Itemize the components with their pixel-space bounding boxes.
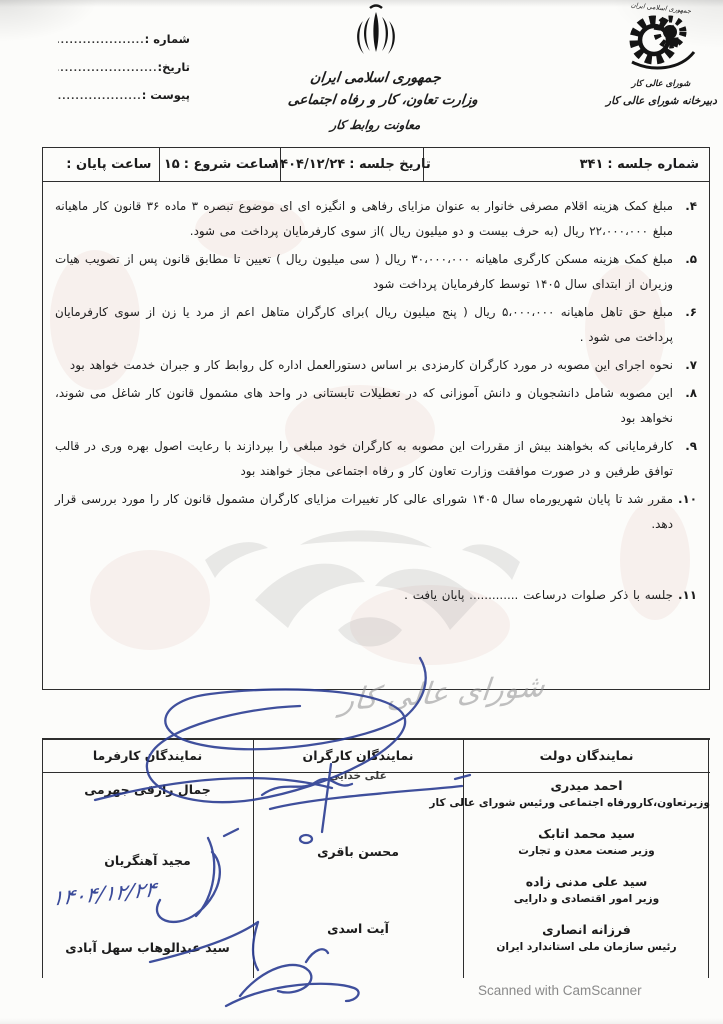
item-number: ۹.: [673, 434, 697, 484]
gov-member-name: احمد میدری: [463, 778, 710, 793]
ref-date-row: تاریخ: ........................: [58, 60, 190, 74]
employers-reps-column: جمال رازقی جهرمی مجید آهنگریان سید عبدال…: [42, 776, 253, 955]
gov-member-name: فرزانه انصاری: [463, 922, 710, 937]
country-title: جمهوری اسلامی ایران: [287, 70, 464, 86]
worker-member-2: محسن باقری: [253, 844, 463, 859]
session-number-label: شماره جلسه :: [607, 157, 699, 172]
ref-date-dotted-line: ........................: [58, 64, 158, 74]
workers-reps-header: نمایندگان کارگران: [253, 738, 463, 772]
minutes-body: ۴. مبلغ کمک هزینه اقلام مصرفی خانوار به …: [43, 182, 709, 608]
minutes-item-4: ۴. مبلغ کمک هزینه اقلام مصرفی خانوار به …: [55, 194, 697, 244]
gov-member-4: فرزانه انصاری رئیس سازمان ملی استاندارد …: [463, 922, 710, 953]
gov-member-role: وزیر امور اقتصادی و دارایی: [463, 893, 710, 905]
government-reps-column: احمد میدری وزیرتعاون،کارورفاه اجتماعی ور…: [463, 778, 710, 970]
item-number: ۸.: [673, 381, 697, 431]
council-gear-sun-icon: [618, 12, 704, 74]
meeting-date-cell: تاریخ جلسه : ۱۴۰۴/۱۲/۲۴: [281, 148, 424, 181]
employer-member-3: سید عبدالوهاب سهل آبادی: [42, 940, 253, 955]
employer-member-2: مجید آهنگریان: [42, 853, 253, 868]
item-text: مقرر شد تا پایان شهریورماه سال ۱۴۰۵ شورا…: [55, 487, 673, 537]
workers-reps-column: علی خدایی محسن باقری آیت اسدی: [253, 770, 463, 936]
reference-fields: شماره : ........................ تاریخ: …: [58, 32, 190, 116]
item-text: این مصوبه شامل دانشجویان و دانش آموزانی …: [55, 381, 673, 431]
deputy-title: معاونت روابط کار: [287, 118, 463, 132]
employers-reps-header: نمایندگان کارفرما: [42, 738, 253, 772]
minutes-item-8: ۸. این مصوبه شامل دانشجویان و دانش آموزا…: [55, 381, 697, 431]
ministry-letterhead: جمهوری اسلامی ایران وزارت تعاون، کار و ر…: [288, 2, 463, 132]
camscanner-note: Scanned with CamScanner: [478, 983, 642, 998]
item-text: مبلغ کمک هزینه اقلام مصرفی خانوار به عنو…: [55, 194, 673, 244]
gov-member-1: احمد میدری وزیرتعاون،کارورفاه اجتماعی ور…: [463, 778, 710, 809]
government-reps-header: نمایندگان دولت: [463, 738, 710, 772]
item-number: ۱۰.: [673, 487, 697, 537]
item-text: مبلغ کمک هزینه مسکن کارگری ماهیانه ۳۰،۰۰…: [55, 247, 673, 297]
employer-member-1: جمال رازقی جهرمی: [42, 782, 253, 797]
meeting-header-row: شماره جلسه : ۳۴۱ تاریخ جلسه : ۱۴۰۴/۱۲/۲۴…: [43, 148, 709, 182]
gov-member-role: وزیرتعاون،کارورفاه اجتماعی ورئیس شورای ع…: [463, 797, 710, 809]
minutes-item-10: ۱۰. مقرر شد تا پایان شهریورماه سال ۱۴۰۵ …: [55, 487, 697, 537]
gov-member-name: سید محمد اتابک: [463, 826, 710, 841]
gov-member-role: وزیر صنعت معدن و تجارت: [463, 845, 710, 857]
item-number: ۱۱.: [673, 583, 697, 608]
minutes-item-7: ۷. نحوه اجرای این مصوبه در مورد کارگران …: [55, 353, 697, 378]
gov-member-role: رئیس سازمان ملی استاندارد ایران: [463, 941, 710, 953]
start-time-label: ساعت شروع :: [184, 157, 276, 172]
minutes-item-11: ۱۱. جلسه با ذکر صلوات درساعت ...........…: [55, 583, 697, 608]
ministry-title: وزارت تعاون، کار و رفاه اجتماعی: [287, 92, 464, 108]
minutes-item-5: ۵. مبلغ کمک هزینه مسکن کارگری ماهیانه ۳۰…: [55, 247, 697, 297]
worker-member-1: علی خدایی: [253, 770, 463, 782]
session-number-value: ۳۴۱: [580, 157, 604, 172]
gov-member-name: سید علی مدنی زاده: [463, 874, 710, 889]
council-name: شورای عالی کار: [606, 79, 716, 89]
item-text: مبلغ حق تاهل ماهیانه ۵،۰۰۰،۰۰۰ ریال ( پن…: [55, 300, 673, 350]
ref-attachment-label: پیوست :: [142, 88, 190, 102]
ref-attachment-row: پیوست : .......................: [58, 88, 190, 102]
worker-member-3: آیت اسدی: [253, 921, 463, 936]
end-time-cell: ساعت پایان :: [43, 148, 160, 181]
minutes-box: شماره جلسه : ۳۴۱ تاریخ جلسه : ۱۴۰۴/۱۲/۲۴…: [42, 147, 710, 690]
gov-member-3: سید علی مدنی زاده وزیر امور اقتصادی و دا…: [463, 874, 710, 905]
ref-attachment-dotted-line: .......................: [58, 92, 142, 102]
iran-emblem-icon: [350, 2, 402, 64]
item-number: ۶.: [673, 300, 697, 350]
meeting-date-value: ۱۴۰۴/۱۲/۲۴: [272, 157, 345, 172]
session-number-cell: شماره جلسه : ۳۴۱: [424, 148, 710, 181]
end-time-label: ساعت پایان :: [66, 157, 151, 172]
start-time-cell: ساعت شروع : ۱۵: [160, 148, 280, 181]
item-number: ۷.: [673, 353, 697, 378]
item-number: ۵.: [673, 247, 697, 297]
signatories-header-row: نمایندگان دولت نمایندگان کارگران نمایندگ…: [42, 738, 710, 772]
ref-number-dotted-line: ........................: [58, 36, 145, 46]
ref-date-label: تاریخ:: [158, 60, 190, 74]
meeting-date-label: تاریخ جلسه :: [349, 157, 431, 172]
ref-number-row: شماره : ........................: [58, 32, 190, 46]
ref-number-label: شماره :: [145, 32, 190, 46]
start-time-value: ۱۵: [164, 157, 180, 172]
item-text: کارفرمایانی که بخواهند بیش از مقررات این…: [55, 434, 673, 484]
item-text: نحوه اجرای این مصوبه در مورد کارگران کار…: [55, 353, 673, 378]
council-secretariat: دبیرخانه شورای عالی کار: [606, 95, 716, 107]
labour-council-letterhead: جمهوری اسلامی ایران شورای عالی کار دبیرخ…: [606, 4, 716, 107]
gov-member-2: سید محمد اتابک وزیر صنعت معدن و تجارت: [463, 826, 710, 857]
item-text: جلسه با ذکر صلوات درساعت ............. پ…: [55, 583, 673, 608]
minutes-item-9: ۹. کارفرمایانی که بخواهند بیش از مقررات …: [55, 434, 697, 484]
minutes-item-6: ۶. مبلغ حق تاهل ماهیانه ۵،۰۰۰،۰۰۰ ریال (…: [55, 300, 697, 350]
item-number: ۴.: [673, 194, 697, 244]
